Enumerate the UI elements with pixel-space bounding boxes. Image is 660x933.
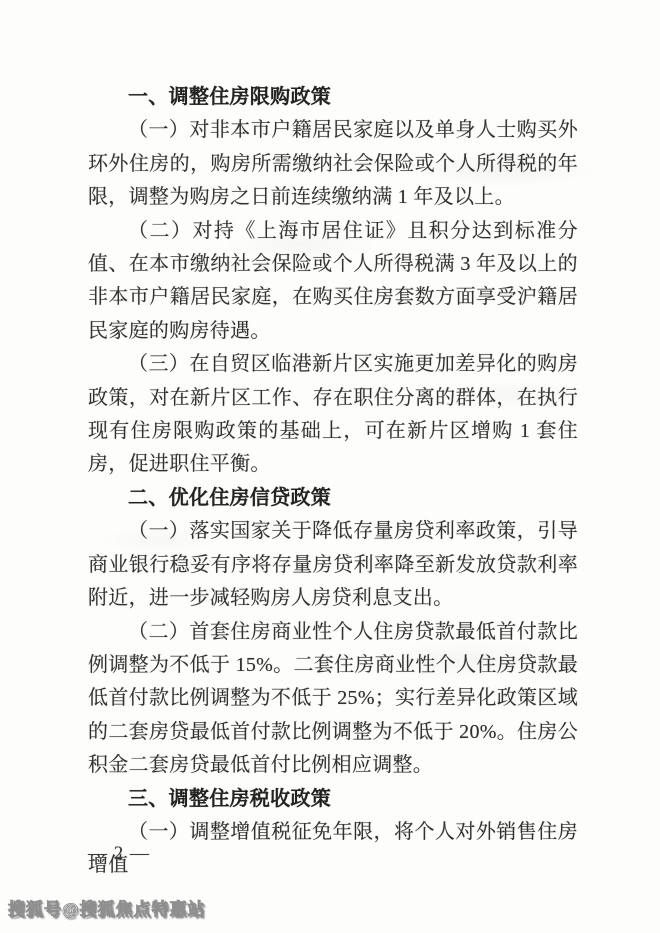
paragraph: （二）对持《上海市居住证》且积分达到标准分值、在本市缴纳社会保险或个人所得税满 …	[88, 215, 578, 349]
paragraph: （一）对非本市户籍居民家庭以及单身人士购买外环外住房的，购房所需缴纳社会保险或个…	[88, 114, 578, 214]
scanned-policy-document-page: 一、调整住房限购政策 （一）对非本市户籍居民家庭以及单身人士购买外环外住房的，购…	[0, 0, 660, 933]
paragraph: （一）调整增值税征免年限，将个人对外销售住房增值	[88, 816, 578, 883]
paragraph: （一）落实国家关于降低存量房贷利率政策，引导商业银行稳妥有序将存量房贷利率降至新…	[88, 515, 578, 615]
document-body: 一、调整住房限购政策 （一）对非本市户籍居民家庭以及单身人士购买外环外住房的，购…	[88, 81, 578, 883]
section-housing-purchase-restriction: 一、调整住房限购政策 （一）对非本市户籍居民家庭以及单身人士购买外环外住房的，购…	[88, 81, 578, 482]
section-heading: 三、调整住房税收政策	[88, 783, 578, 816]
paragraph: （三）在自贸区临港新片区实施更加差异化的购房政策，对在新片区工作、存在职住分离的…	[88, 348, 578, 482]
section-heading: 一、调整住房限购政策	[88, 81, 578, 114]
sohu-watermark: 搜狐号@搜狐焦点特惠站	[8, 899, 206, 921]
paragraph: （二）首套住房商业性个人住房贷款最低首付款比例调整为不低于 15%。二套住房商业…	[88, 616, 578, 783]
page-number: — 2 —	[88, 842, 150, 866]
section-heading: 二、优化住房信贷政策	[88, 482, 578, 515]
section-housing-credit-policy: 二、优化住房信贷政策 （一）落实国家关于降低存量房贷利率政策，引导商业银行稳妥有…	[88, 482, 578, 783]
section-housing-tax-policy: 三、调整住房税收政策 （一）调整增值税征免年限，将个人对外销售住房增值	[88, 783, 578, 883]
